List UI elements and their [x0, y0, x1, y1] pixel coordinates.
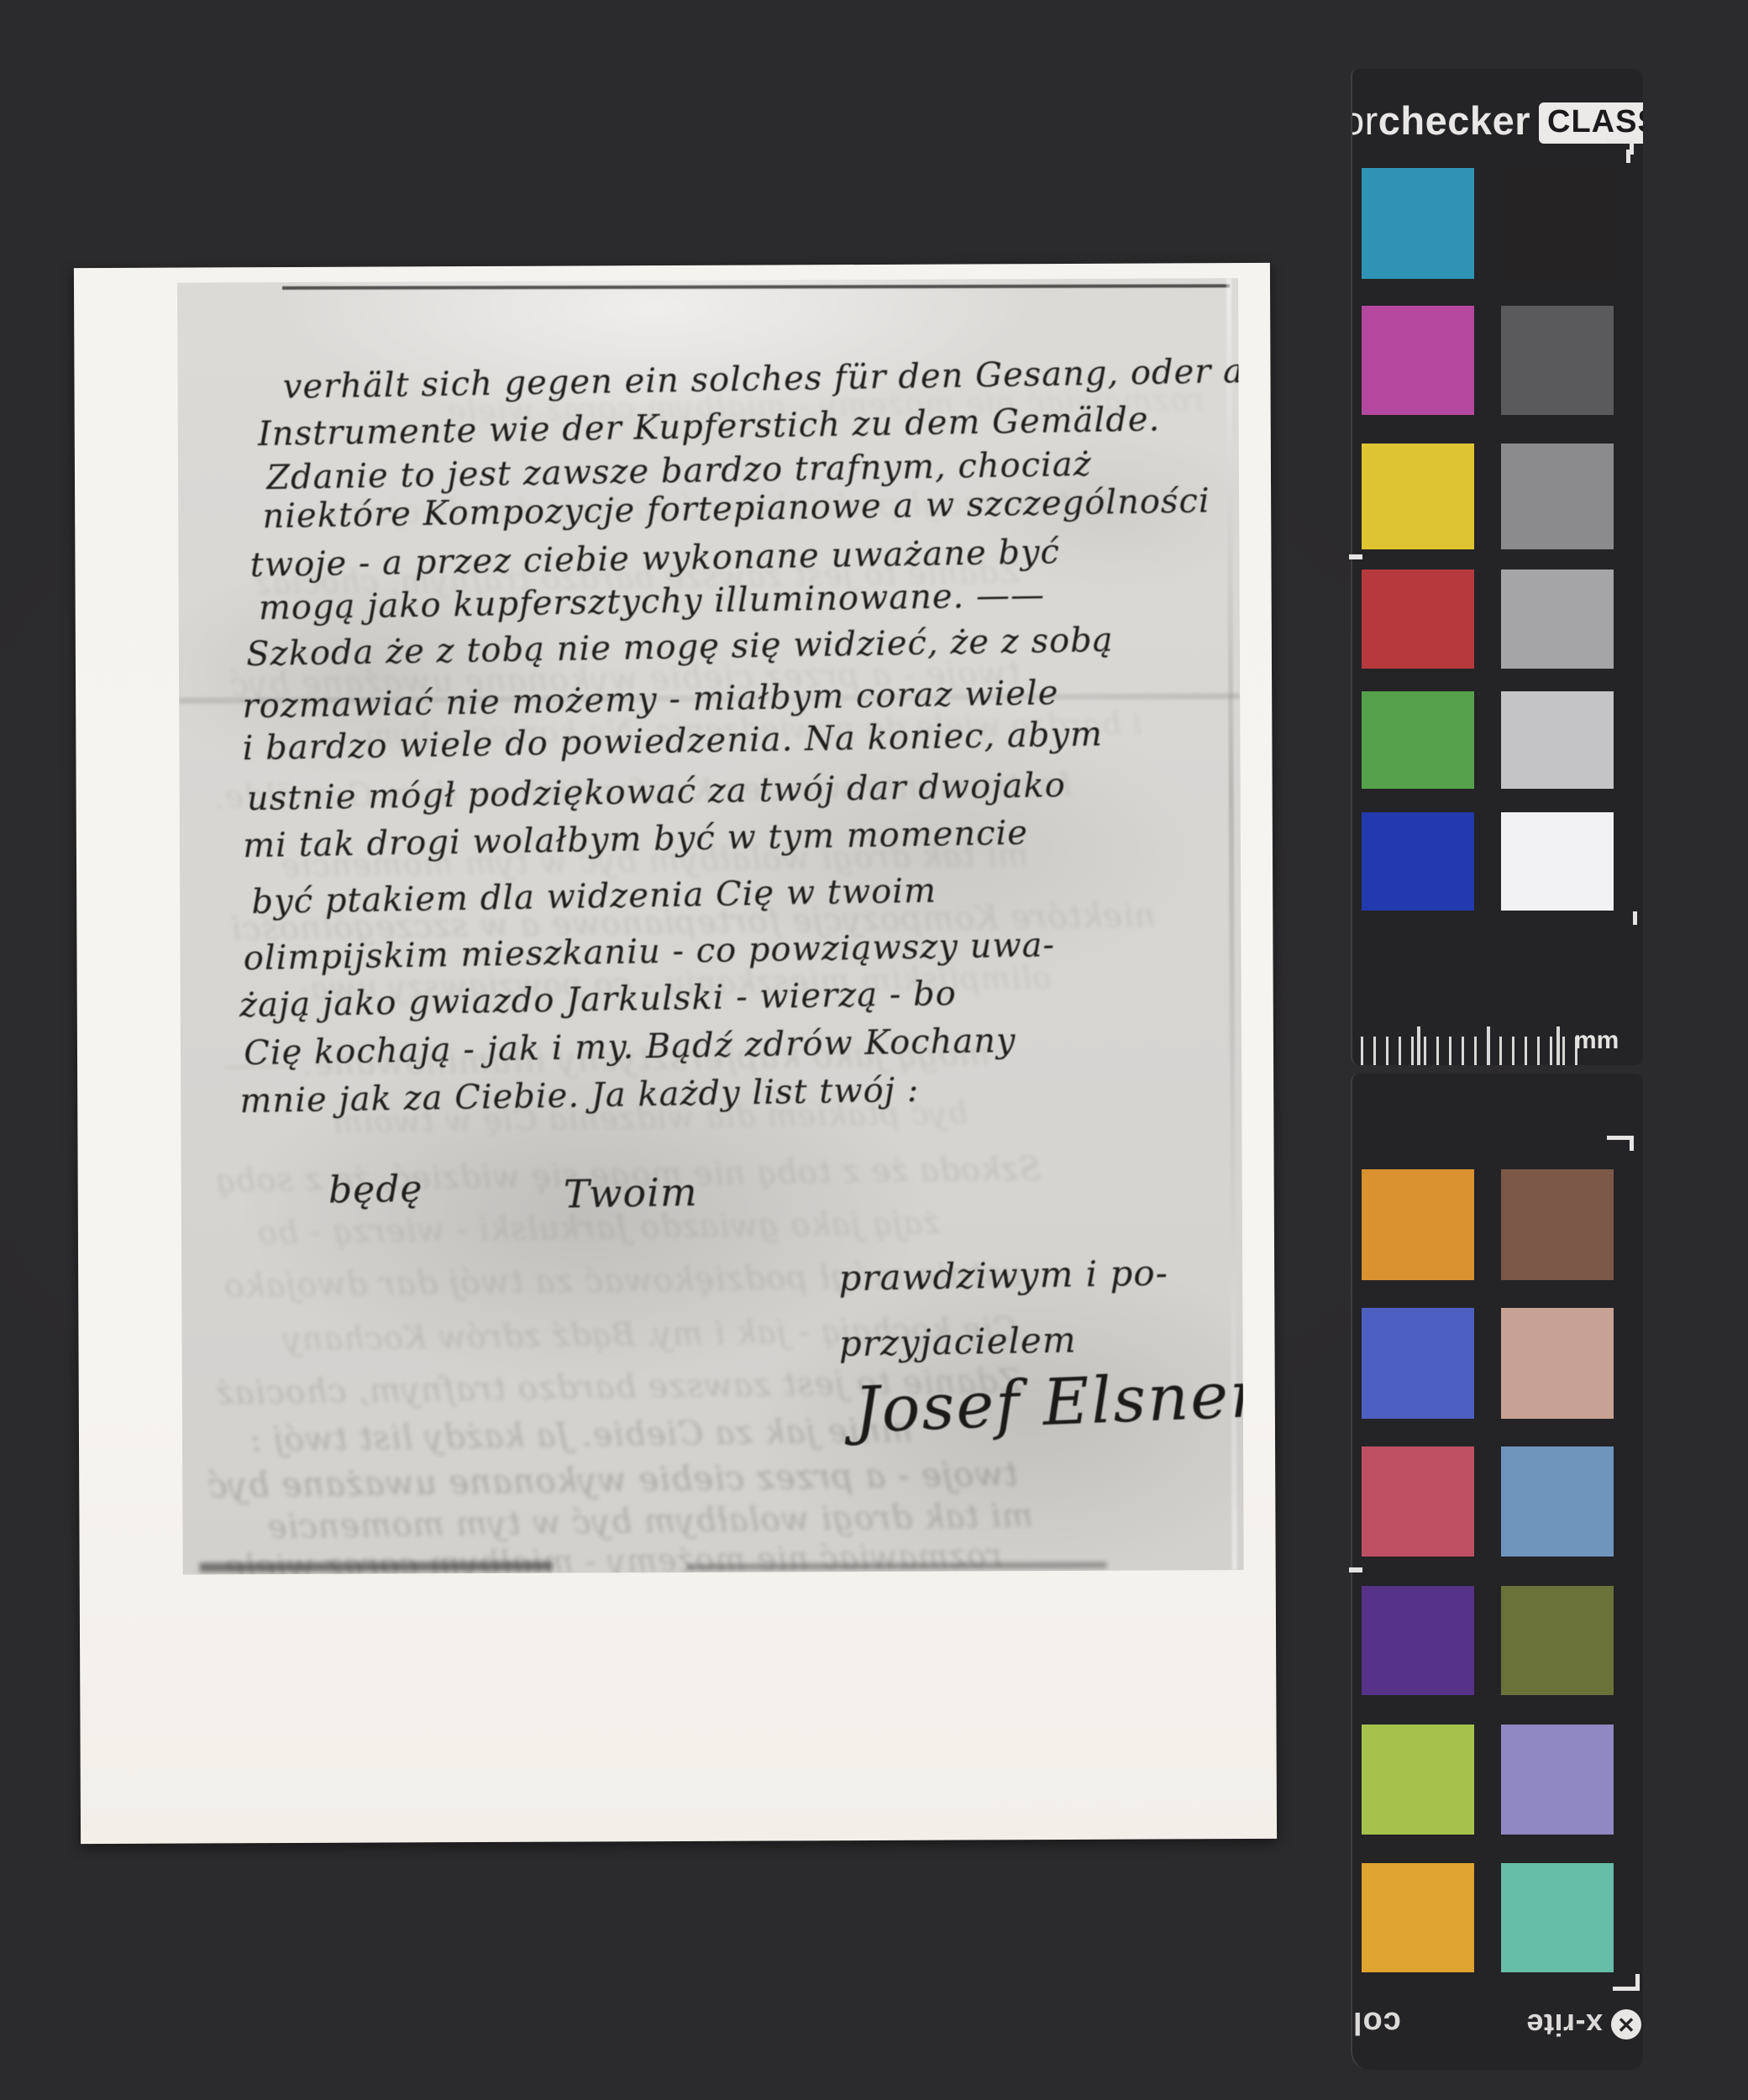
patch-neutral-35: [1501, 306, 1614, 415]
registration-dash: [1349, 554, 1362, 559]
archive-photo-scene: rozmawiać nie możemy - miałbym coraz wie…: [0, 0, 1748, 2100]
patch-orange-yellow: [1362, 1863, 1474, 1972]
closing-bede: będę: [328, 1168, 423, 1212]
patch-green: [1362, 691, 1474, 789]
closing-line1: prawdziwym i po-: [838, 1252, 1168, 1299]
colorchecker-title: orcheckerCLASSIC: [1351, 97, 1643, 144]
signature: Josef Elsner.: [853, 1356, 1243, 1447]
classic-badge: CLASSIC: [1539, 102, 1643, 144]
patch-purple: [1362, 1586, 1474, 1695]
patch-blue-sky: [1501, 1446, 1614, 1557]
patch-neutral-8: [1501, 691, 1614, 789]
patch-purplish-blue: [1362, 1308, 1474, 1419]
xrite-logo-block: ✕ x-rite: [1504, 2004, 1641, 2045]
patch-moderate-red: [1362, 1446, 1474, 1557]
manuscript-line: ustnie mógł podziękować za twój dar dwoj…: [247, 766, 1067, 818]
closing-line2: przyjacielem: [838, 1319, 1077, 1364]
xrite-icon: ✕: [1611, 2009, 1641, 2040]
ruler-mm-label: mm: [1574, 1026, 1619, 1055]
registration-dash: [1349, 1567, 1362, 1572]
colorchecker-partial-label: col: [1352, 2004, 1401, 2040]
patch-dark-skin: [1501, 1169, 1614, 1280]
patch-yellow: [1362, 444, 1474, 549]
photo-paper: rozmawiać nie możemy - miałbym coraz wie…: [74, 263, 1277, 1844]
patch-red: [1362, 570, 1474, 669]
bleed-line: twoje - a przez ciebie wykonane uważane …: [207, 1455, 1018, 1505]
sheet-top-edge-line: [282, 284, 1230, 290]
patch-bluish-green: [1501, 1863, 1614, 1972]
patch-blue-flower: [1501, 1725, 1614, 1835]
patch-white: [1501, 812, 1614, 911]
patch-magenta: [1362, 306, 1474, 415]
patch-neutral-65: [1501, 570, 1614, 669]
colorchecker-brand-text: orchecker: [1351, 98, 1530, 143]
xrite-label: x-rite: [1526, 2007, 1603, 2042]
ruler-ticks-top: [1351, 1037, 1583, 1065]
closing-twoim: Twoim: [564, 1169, 698, 1217]
corner-bracket-icon: [1607, 1136, 1634, 1151]
patch-light-skin: [1501, 1308, 1614, 1419]
patch-black: [1501, 168, 1614, 279]
corner-bracket-icon: [1613, 1974, 1640, 1991]
patch-blue: [1362, 812, 1474, 911]
bleed-line: mnie jak za Ciebie. Ja każdy list twój :: [249, 1412, 913, 1460]
registration-dash: [1626, 150, 1630, 163]
registration-dash: [1633, 911, 1637, 925]
ink-smudge: [687, 1562, 1107, 1570]
patch-orange: [1362, 1169, 1474, 1280]
patch-foliage: [1501, 1586, 1614, 1695]
manuscript-photo: rozmawiać nie możemy - miałbym coraz wie…: [177, 278, 1244, 1574]
patch-yellow-green: [1362, 1725, 1474, 1835]
patch-neutral-5: [1501, 444, 1614, 549]
ink-smudge: [200, 1562, 553, 1572]
patch-cyan: [1362, 168, 1474, 279]
